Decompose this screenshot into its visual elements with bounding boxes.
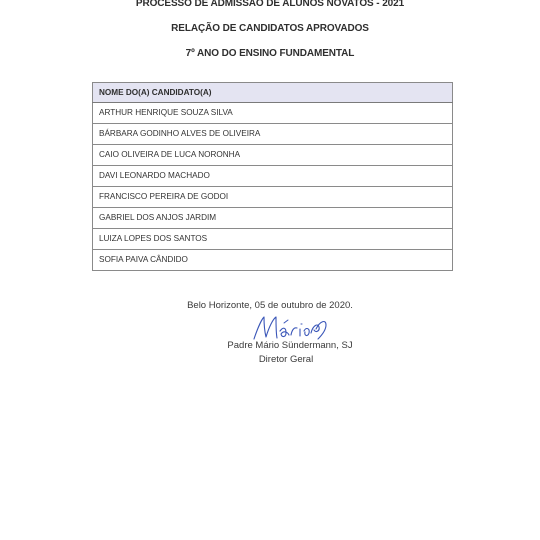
candidate-name: GABRIEL DOS ANJOS JARDIM xyxy=(93,207,453,228)
candidate-name: BÁRBARA GODINHO ALVES DE OLIVEIRA xyxy=(93,123,453,144)
handwritten-signature xyxy=(250,313,330,343)
document-grade: 7º ANO DO ENSINO FUNDAMENTAL xyxy=(0,48,540,59)
table-row: ARTHUR HENRIQUE SOUZA SILVA xyxy=(93,102,453,123)
candidate-name: CAIO OLIVEIRA DE LUCA NORONHA xyxy=(93,144,453,165)
place-and-date: Belo Horizonte, 05 de outubro de 2020. xyxy=(0,300,540,311)
column-header-name: NOME DO(A) CANDIDATO(A) xyxy=(93,83,453,103)
candidate-name: LUIZA LOPES DOS SANTOS xyxy=(93,228,453,249)
candidate-name: DAVI LEONARDO MACHADO xyxy=(93,165,453,186)
table-row: FRANCISCO PEREIRA DE GODOI xyxy=(93,186,453,207)
candidate-name: FRANCISCO PEREIRA DE GODOI xyxy=(93,186,453,207)
table-header-row: NOME DO(A) CANDIDATO(A) xyxy=(93,83,453,103)
document-subtitle: RELAÇÃO DE CANDIDATOS APROVADOS xyxy=(0,23,540,34)
document-title: PROCESSO DE ADMISSÃO DE ALUNOS NOVATOS -… xyxy=(0,0,540,9)
table-row: DAVI LEONARDO MACHADO xyxy=(93,165,453,186)
signer-name: Padre Mário Sündermann, SJ xyxy=(0,340,540,351)
table-row: GABRIEL DOS ANJOS JARDIM xyxy=(93,207,453,228)
table-row: CAIO OLIVEIRA DE LUCA NORONHA xyxy=(93,144,453,165)
table-row: BÁRBARA GODINHO ALVES DE OLIVEIRA xyxy=(93,123,453,144)
candidate-name: ARTHUR HENRIQUE SOUZA SILVA xyxy=(93,102,453,123)
table-row: SOFIA PAIVA CÂNDIDO xyxy=(93,249,453,270)
signer-role: Diretor Geral xyxy=(0,354,540,365)
candidate-name: SOFIA PAIVA CÂNDIDO xyxy=(93,249,453,270)
candidates-table: NOME DO(A) CANDIDATO(A) ARTHUR HENRIQUE … xyxy=(92,82,453,271)
table-row: LUIZA LOPES DOS SANTOS xyxy=(93,228,453,249)
